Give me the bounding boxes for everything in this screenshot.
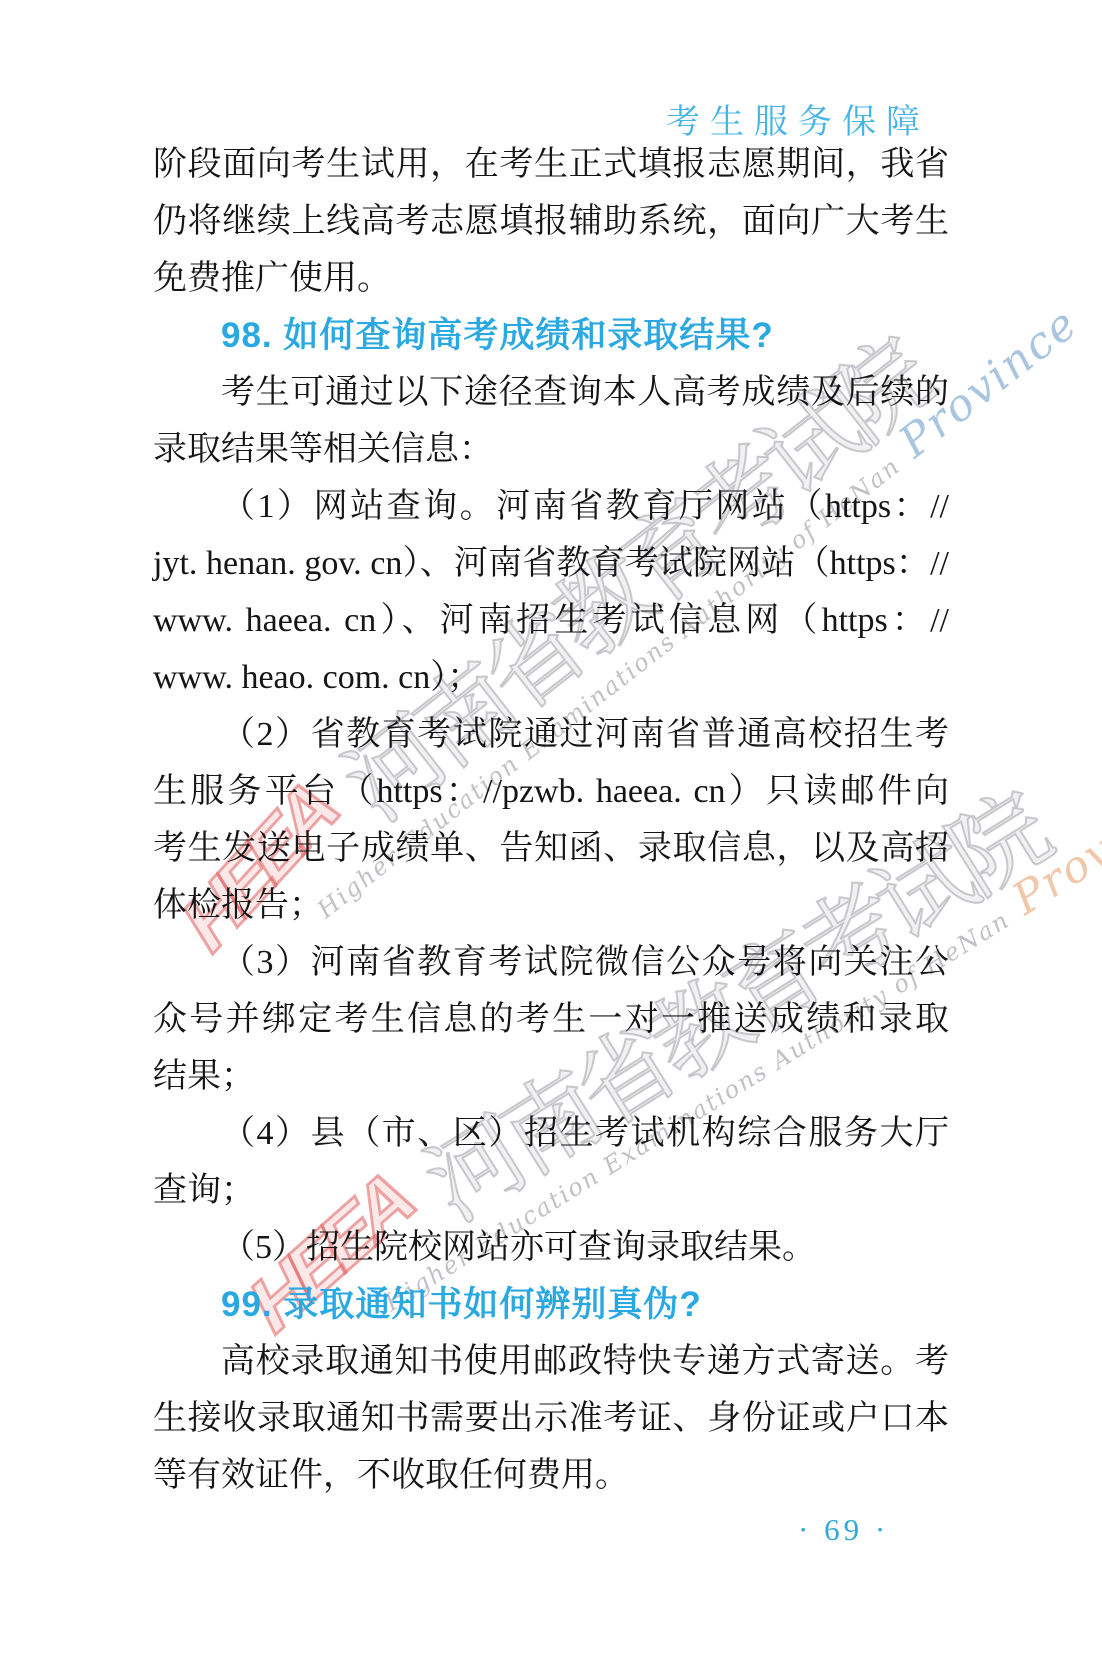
text-line: 免费推广使用。	[153, 250, 949, 307]
text-line: 仍将继续上线高考志愿填报辅助系统，面向广大考生	[153, 193, 949, 250]
section-heading: 98. 如何查询高考成绩和录取结果?	[153, 307, 949, 364]
text-line: www. heao. com. cn）；	[153, 649, 949, 706]
text-line: 生服务平台（https：//pzwb. haeea. cn）只读邮件向	[153, 763, 949, 820]
text-line: （3）河南省教育考试院微信公众号将向关注公	[153, 934, 949, 991]
text-line: （4）县（市、区）招生考试机构综合服务大厅	[153, 1105, 949, 1162]
watermark-accent-word: Province	[1004, 770, 1102, 925]
text-line: 高校录取通知书使用邮政特快专递方式寄送。考	[153, 1333, 949, 1390]
text-line: jyt. henan. gov. cn）、河南省教育考试院网站（https：//	[153, 535, 949, 592]
page-number: · 69 ·	[798, 1512, 889, 1548]
text-line: 生接收录取通知书需要出示准考证、身份证或户口本	[153, 1390, 949, 1447]
text-line: 结果；	[153, 1048, 949, 1105]
text-line: 体检报告；	[153, 877, 949, 934]
text-line: 阶段面向考生试用，在考生正式填报志愿期间，我省	[153, 136, 949, 193]
text-line: （2）省教育考试院通过河南省普通高校招生考	[153, 706, 949, 763]
text-line: 众号并绑定考生信息的考生一对一推送成绩和录取	[153, 991, 949, 1048]
text-column: 阶段面向考生试用，在考生正式填报志愿期间，我省仍将继续上线高考志愿填报辅助系统，…	[153, 136, 949, 1504]
document-page: { "page": { "header": "考生服务保障", "page_nu…	[0, 0, 1102, 1654]
text-line: www. haeea. cn）、河南招生考试信息网（https：//	[153, 592, 949, 649]
text-line: 查询；	[153, 1162, 949, 1219]
text-line: （1）网站查询。河南省教育厅网站（https：//	[153, 478, 949, 535]
text-line: 等有效证件，不收取任何费用。	[153, 1447, 949, 1504]
text-line: （5）招生院校网站亦可查询录取结果。	[153, 1219, 949, 1276]
section-heading: 99. 录取通知书如何辨别真伪?	[153, 1276, 949, 1333]
text-line: 考生可通过以下途径查询本人高考成绩及后续的	[153, 364, 949, 421]
text-line: 考生发送电子成绩单、告知函、录取信息，以及高招	[153, 820, 949, 877]
text-line: 录取结果等相关信息：	[153, 421, 949, 478]
